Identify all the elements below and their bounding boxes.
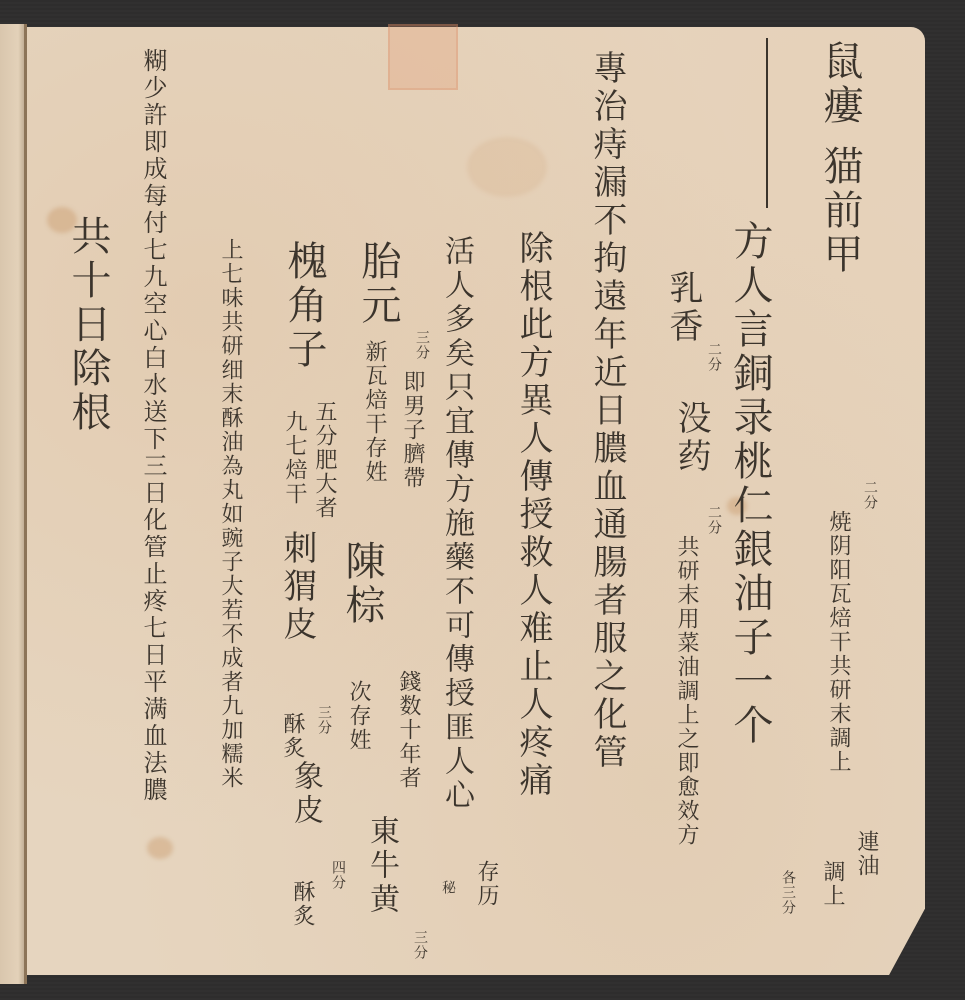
column-4-text: 專治痔漏不拘遠年近日膿血通腸者服之化管 bbox=[588, 50, 626, 772]
column-2-text: 方人言銅录桃仁銀油子一个 bbox=[728, 220, 772, 748]
paper-stain bbox=[147, 837, 173, 859]
column-1-title: 鼠瘻 猫前甲 bbox=[818, 40, 862, 277]
column-11-text: 糊少許即成每付七九空心白水送下三日化管止疼七日平满血法膿 bbox=[140, 48, 166, 804]
left-page-edge bbox=[0, 24, 26, 984]
column-7-note-c: 新瓦焙干存姓 bbox=[362, 340, 386, 484]
column-9-note-h: 酥炙 bbox=[290, 880, 314, 928]
column-9-note-c: 刺猬皮 bbox=[278, 530, 316, 644]
red-seal-stamp bbox=[388, 24, 458, 90]
column-1-note-c: 連油 bbox=[854, 830, 878, 878]
column-9-note-d: 三分 bbox=[316, 705, 332, 735]
column-6-text: 活人多矣只宜傳方施藥不可傳授匪人心 bbox=[440, 235, 472, 813]
column-8-text: 陳棕 bbox=[340, 540, 384, 628]
column-2-note: 各三分 bbox=[780, 870, 796, 915]
column-12-text: 共十日除根 bbox=[66, 215, 110, 435]
column-1-note-a: 二分 bbox=[862, 480, 878, 510]
column-7-text: 胎元 bbox=[356, 240, 400, 328]
column-8-note-a: 次存姓 bbox=[346, 680, 370, 752]
column-9-note-e: 酥炙 bbox=[280, 712, 304, 760]
column-7-note-b: 即男子臍帶 bbox=[400, 370, 424, 490]
column-1-note-b: 焼阴阳瓦焙干共研末調上 bbox=[826, 510, 850, 774]
column-6-note-a: 秘 bbox=[440, 880, 456, 895]
column-9-note-a: 五分肥大者 bbox=[312, 400, 336, 520]
vertical-ink-line bbox=[766, 38, 768, 208]
paper-stain bbox=[467, 137, 547, 197]
column-9-note-g: 四分 bbox=[330, 860, 346, 890]
column-3-note-b: 没药 bbox=[672, 400, 710, 476]
column-8-note-c: 東牛黄 bbox=[362, 815, 400, 917]
column-8-note-d: 三分 bbox=[412, 930, 428, 960]
column-8-note-b: 錢数十年者 bbox=[396, 670, 420, 790]
column-9-note-b: 九七焙干 bbox=[282, 410, 306, 506]
column-5-text: 除根此方異人傳授救人难止人疼痛 bbox=[514, 230, 552, 800]
column-3-note-a: 二分 bbox=[706, 342, 722, 372]
column-10-text-a: 上七味共研细末酥油為丸如豌子大若不成者九加糯米 bbox=[218, 238, 242, 790]
column-7-note-a: 三分 bbox=[414, 330, 430, 360]
column-10-text: 上七味共研细末酥油為丸如豌子大若不成者九加糯米 bbox=[218, 238, 243, 790]
column-1-note-d: 調上 bbox=[820, 860, 844, 908]
column-3-text: 乳香 bbox=[664, 270, 702, 346]
column-3-note-c: 二分 bbox=[706, 505, 722, 535]
column-9-note-f: 象皮 bbox=[286, 760, 324, 828]
column-9-text: 槐角子 bbox=[282, 240, 326, 372]
column-6-note-b: 存历 bbox=[474, 860, 498, 908]
book-gutter bbox=[24, 24, 27, 984]
column-3-note-d: 共研末用菜油調上之即愈效方 bbox=[674, 535, 698, 847]
